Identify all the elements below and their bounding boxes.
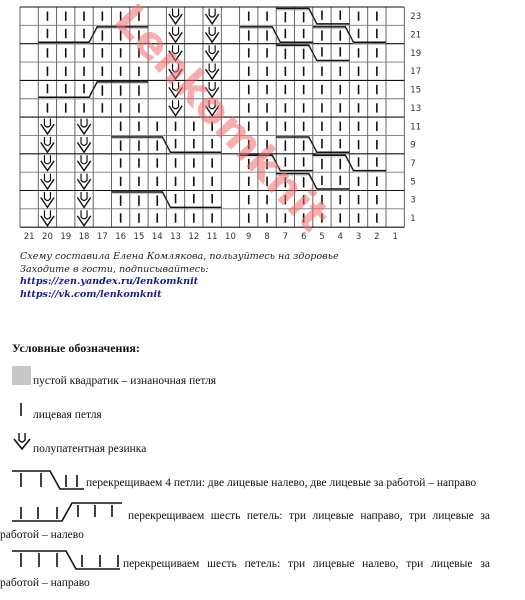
legend-purl: пустой квадратик – изнаночная петля (33, 375, 216, 387)
credits-author: Схему составила Елена Комлякова, пользуй… (20, 251, 339, 264)
svg-text:13: 13 (410, 104, 421, 114)
svg-text:11: 11 (207, 232, 218, 242)
purl-swatch-icon (12, 366, 31, 385)
link-zen[interactable]: https://zen.yandex.ru/lenkomknit (20, 276, 339, 289)
svg-text:5: 5 (319, 232, 324, 242)
svg-text:1: 1 (392, 232, 397, 242)
svg-text:10: 10 (225, 232, 236, 242)
svg-text:7: 7 (410, 159, 415, 169)
credits-invite: Заходите в гости, подписывайтесь: (20, 264, 339, 277)
svg-text:3: 3 (410, 196, 415, 206)
svg-text:21: 21 (24, 232, 35, 242)
legend-cable-6-left: перекрещиваем шесть петель: три лицевые … (0, 555, 490, 593)
legend-cable-4-left: перекрещиваем 4 петли: две лицевые налев… (86, 477, 476, 489)
svg-text:17: 17 (410, 67, 421, 77)
svg-text:9: 9 (246, 232, 251, 242)
svg-text:15: 15 (134, 232, 145, 242)
svg-text:21: 21 (410, 31, 421, 41)
knitting-chart: 2321191715131197531212019181716151413121… (0, 0, 525, 250)
svg-text:12: 12 (188, 232, 199, 242)
legend-cable-6-right: перекрещиваем шесть петель: три лицевые … (0, 507, 490, 545)
legend-half-fisherman: полупатентная резинка (33, 443, 146, 455)
svg-text:17: 17 (97, 232, 108, 242)
svg-text:8: 8 (264, 232, 269, 242)
link-vk[interactable]: https://vk.com/lenkomknit (20, 289, 339, 302)
svg-text:4: 4 (338, 232, 343, 242)
svg-text:19: 19 (410, 49, 421, 59)
svg-text:11: 11 (410, 122, 421, 132)
svg-text:19: 19 (60, 232, 71, 242)
svg-text:3: 3 (356, 232, 361, 242)
svg-text:5: 5 (410, 177, 415, 187)
svg-text:18: 18 (79, 232, 90, 242)
legend-title: Условные обозначения: (12, 341, 140, 356)
legend-knit: лицевая петля (33, 409, 102, 421)
svg-text:6: 6 (301, 232, 306, 242)
cable-4-left-icon (12, 469, 84, 491)
svg-text:1: 1 (410, 214, 415, 224)
svg-text:20: 20 (42, 232, 53, 242)
svg-text:16: 16 (115, 232, 126, 242)
svg-text:2: 2 (374, 232, 379, 242)
half-fisherman-icon (12, 432, 32, 452)
knit-stitch-icon (18, 403, 24, 417)
svg-text:7: 7 (283, 232, 288, 242)
svg-text:9: 9 (410, 141, 415, 151)
svg-text:14: 14 (152, 232, 163, 242)
svg-text:23: 23 (410, 12, 421, 22)
svg-text:15: 15 (410, 86, 421, 96)
credits-block: Схему составила Елена Комлякова, пользуй… (20, 251, 339, 301)
svg-text:13: 13 (170, 232, 181, 242)
